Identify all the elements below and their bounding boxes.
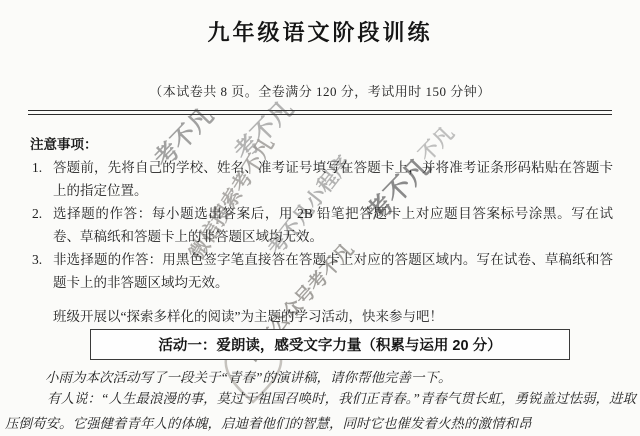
activity-intro-line: 班级开展以“探索多样化的阅读”为主题的学习活动，快来参与吧！ [53, 305, 443, 325]
header-divider [28, 110, 612, 115]
notice-item-text: 非选择题的作答：用黑色签字笔直接答在答题卡上对应的答题区域内。写在试卷、草稿纸和… [53, 248, 613, 294]
notice-heading: 注意事项： [30, 133, 98, 153]
speech-lead-paragraph: 小雨为本次活动写了一段关于“青春”的演讲稿，请你帮他完善一下。 [45, 366, 452, 386]
speech-body-paragraph: 有人说：“人生最浪漫的事，莫过于祖国召唤时，我们正青春。”青春气贯长虹，勇锐盖过… [5, 387, 636, 436]
notice-item-number: 1. [32, 156, 42, 179]
notice-item-number: 2. [32, 202, 42, 225]
exam-page: 考不凡 考不凡 微信搜索考不凡 考不凡小程序 考不凡 微信公众号考不凡 不凡 九… [0, 0, 640, 436]
notice-item: 2. 选择题的作答：每小题选出答案后，用 2B 铅笔把答题卡上对应题目答案标号涂… [32, 202, 613, 248]
page-title: 九年级语文阶段训练 [0, 16, 640, 47]
notice-item: 3. 非选择题的作答：用黑色签字笔直接答在答题卡上对应的答题区域内。写在试卷、草… [32, 248, 613, 294]
notice-item-number: 3. [32, 248, 42, 271]
exam-info-line: （本试卷共 8 页。全卷满分 120 分，考试用时 150 分钟） [0, 81, 640, 100]
activity-section-header: 活动一：爱朗读，感受文字力量（积累与运用 20 分） [90, 329, 570, 360]
notice-item-text: 答题前，先将自己的学校、姓名、准考证号填写在答题卡上，并将准考证条形码粘贴在答题… [53, 156, 613, 202]
notice-item: 1. 答题前，先将自己的学校、姓名、准考证号填写在答题卡上，并将准考证条形码粘贴… [32, 156, 613, 202]
notice-item-text: 选择题的作答：每小题选出答案后，用 2B 铅笔把答题卡上对应题目答案标号涂黑。写… [53, 202, 613, 248]
